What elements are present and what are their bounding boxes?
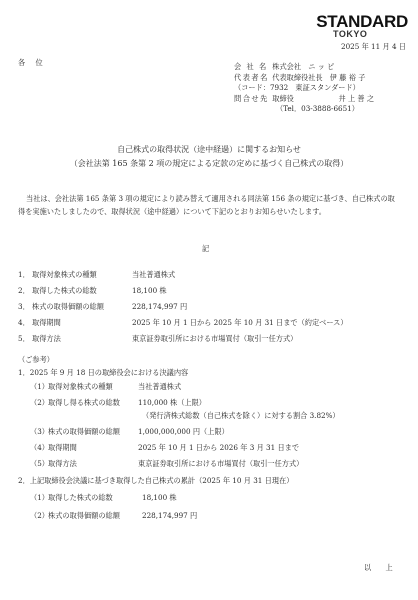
representative-row: 代表者名 代表取締役社長 伊 藤 裕 子 [234, 73, 374, 84]
reference-section2-title: 2．上記取締役会決議に基づき取得した自己株式の累計（2025 年 10 月 31… [18, 476, 293, 486]
document-subtitle: （会社法第 165 条第 2 項の規定による定款の定めに基づく自己株式の取得） [0, 158, 418, 169]
reference-section2-items: （1） 取得した株式の総数 18,100 株 （2） 株式の取得価額の総額 22… [30, 493, 410, 533]
reference-section1-title: 1．2025 年 9 月 18 日の取締役会における決議内容 [18, 368, 188, 378]
company-logo-sub: TOKYO [333, 29, 367, 39]
document-date: 2025 年 11 月 4 日 [341, 42, 406, 52]
company-name-row: 会 社 名 株式会社 ニ ッ ピ [234, 62, 374, 73]
intro-paragraph: 当社は、会社法第 165 条第 3 項の規定により読み替えて適用される同法第 1… [18, 193, 400, 218]
company-name-value: 株式会社 ニ ッ ピ [272, 62, 334, 71]
closing-mark: 以 上 [364, 563, 399, 573]
representative-label: 代表者名 [234, 73, 270, 84]
contact-label: 問合せ先 [234, 94, 270, 105]
contact-tel: （Tel．03-3888-6651） [234, 104, 374, 115]
contact-row: 問合せ先 取締役 井 上 善 之 [234, 94, 374, 105]
company-info: 会 社 名 株式会社 ニ ッ ピ 代表者名 代表取締役社長 伊 藤 裕 子 （コ… [234, 62, 374, 115]
ki-marker: 記 [202, 244, 209, 254]
main-items: 1． 取得対象株式の種類 当社普通株式 2． 取得した株式の総数 18,100 … [18, 270, 408, 350]
contact-title: 取締役 [272, 94, 294, 103]
company-name-label: 会 社 名 [234, 62, 270, 73]
representative-value: 代表取締役社長 伊 藤 裕 子 [272, 73, 365, 82]
stock-code: （コード：7932 東証スタンダード） [234, 83, 374, 94]
document-title: 自己株式の取得状況（途中経過）に関するお知らせ [0, 144, 418, 155]
addressee: 各 位 [18, 58, 47, 68]
reference-heading: （ご参考） [18, 355, 54, 365]
contact-name: 井 上 善 之 [338, 94, 374, 103]
